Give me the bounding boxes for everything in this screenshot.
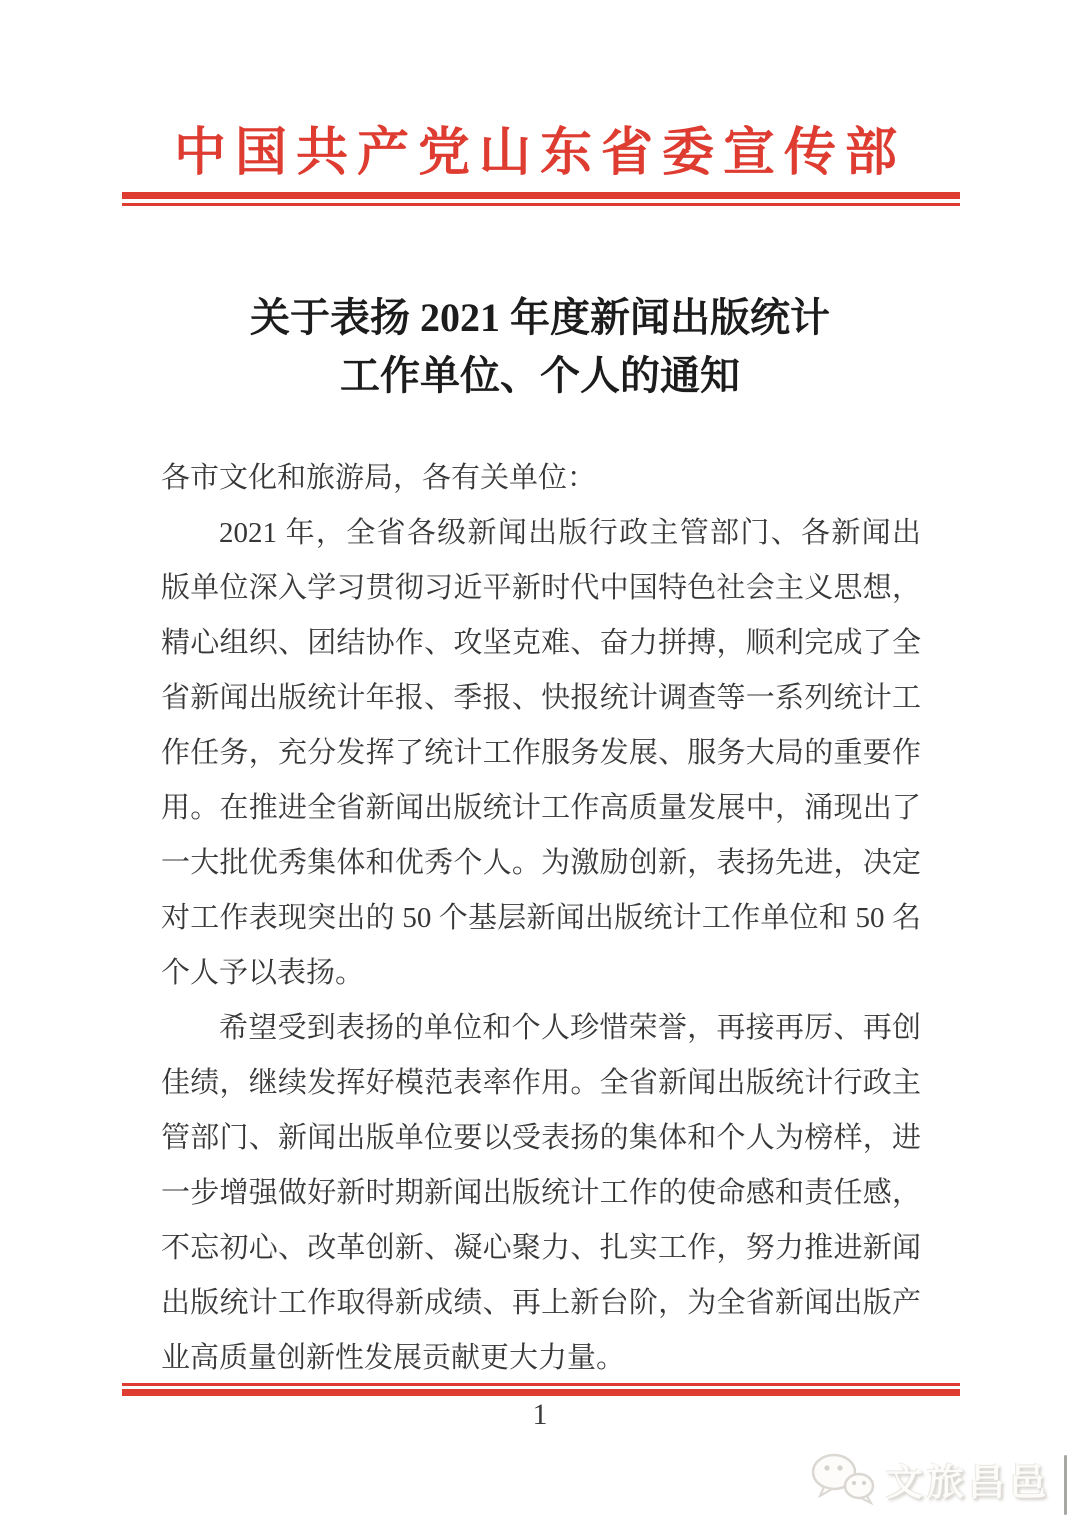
document-title-line1: 关于表扬 2021 年度新闻出版统计 xyxy=(250,295,830,340)
body-paragraph: 希望受到表扬的单位和个人珍惜荣誉，再接再厉、再创佳绩，继续发挥好模范表率作用。全… xyxy=(161,1001,921,1386)
letterhead-divider xyxy=(122,192,960,206)
divider-thick-line xyxy=(122,192,960,199)
salutation-line: 各市文化和旅游局，各有关单位： xyxy=(161,451,921,506)
divider-thin-line xyxy=(122,203,960,206)
page-number: 1 xyxy=(0,1398,1080,1432)
watermark-label: 文旅昌邑 xyxy=(886,1452,1050,1506)
footer-divider xyxy=(122,1383,960,1396)
document-page: 中国共产党山东省委宣传部 关于表扬 2021 年度新闻出版统计 工作单位、个人的… xyxy=(0,0,1080,1528)
body-paragraph: 2021 年，全省各级新闻出版行政主管部门、各新闻出版单位深入学习贯彻习近平新时… xyxy=(161,506,921,1001)
divider-thick-line xyxy=(122,1389,960,1396)
letterhead-org-name: 中国共产党山东省委宣传部 xyxy=(0,110,1080,185)
watermark-logo: 文旅昌邑 xyxy=(810,1452,1050,1506)
wechat-icon xyxy=(810,1452,876,1506)
document-title: 关于表扬 2021 年度新闻出版统计 工作单位、个人的通知 xyxy=(0,289,1080,405)
document-body: 各市文化和旅游局，各有关单位： 2021 年，全省各级新闻出版行政主管部门、各新… xyxy=(161,451,921,1386)
scan-edge-line xyxy=(1064,1455,1067,1515)
document-title-line2: 工作单位、个人的通知 xyxy=(340,353,740,398)
